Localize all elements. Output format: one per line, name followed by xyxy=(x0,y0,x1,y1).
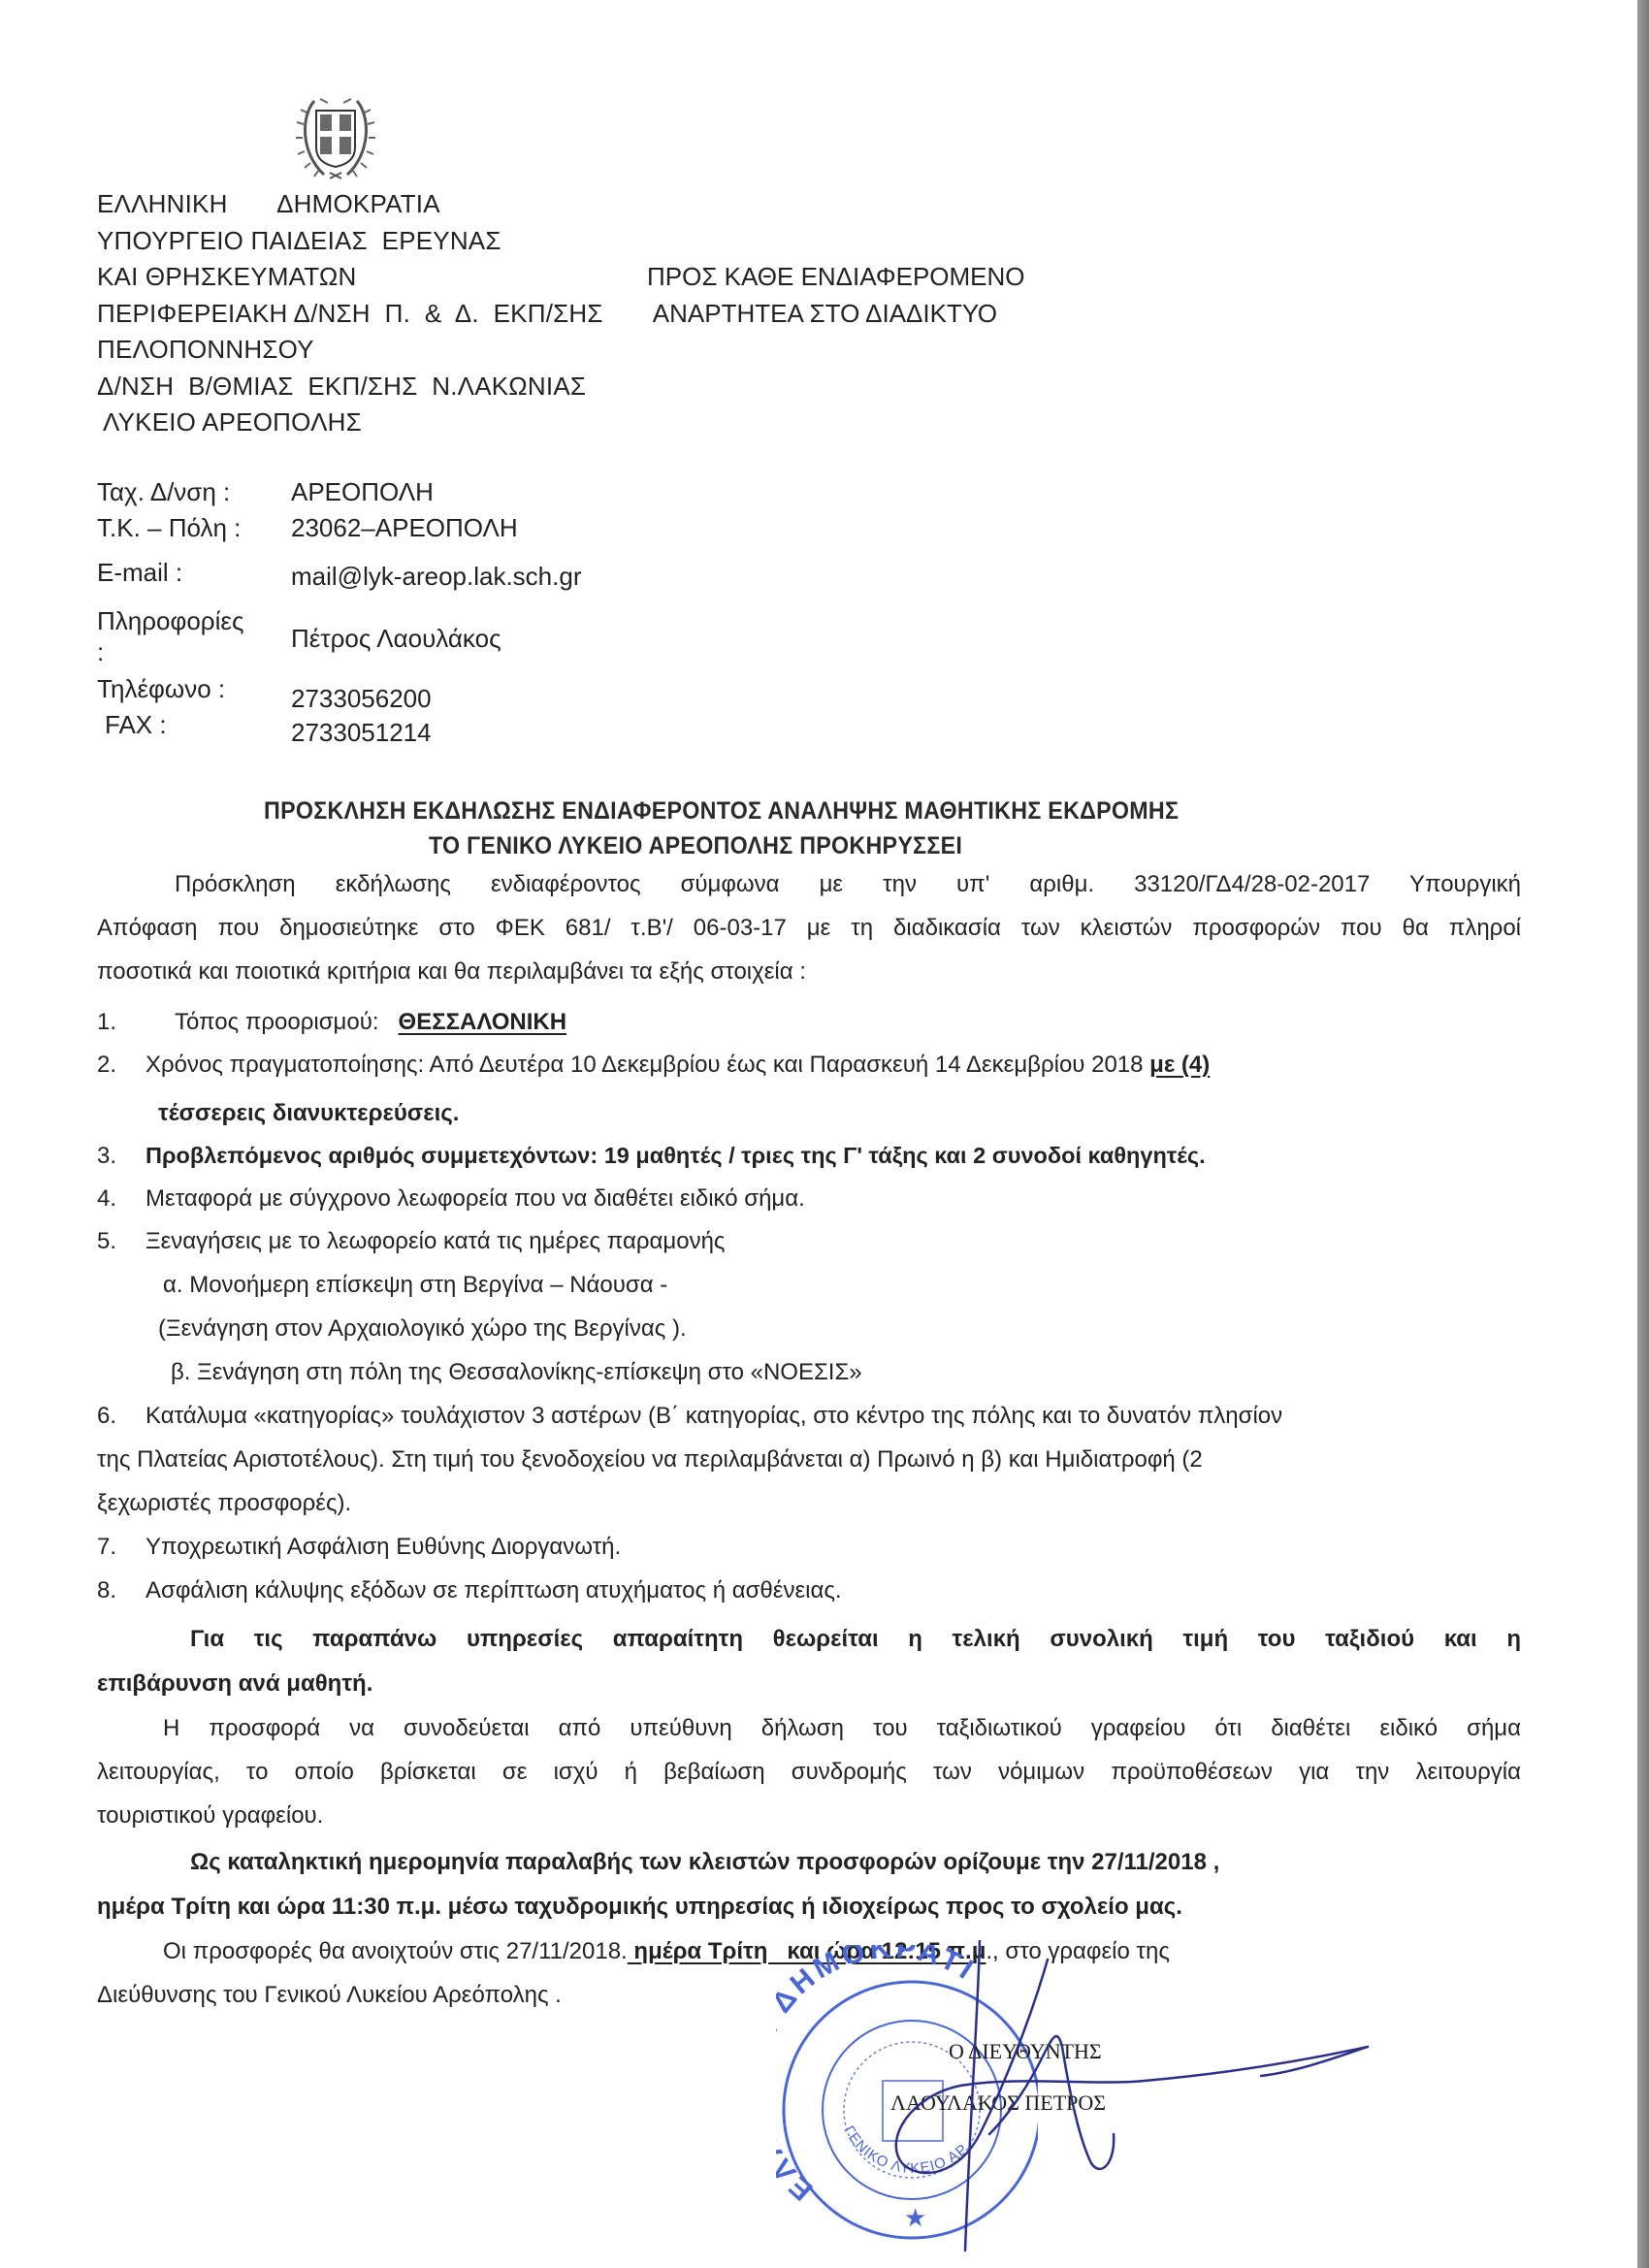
offer-paragraph-line-1: Η προσφορά να συνοδεύεται από υπεύθυνη δ… xyxy=(163,1715,1521,1742)
info-label-colon: : xyxy=(97,637,104,667)
email-label: E-mail : xyxy=(97,558,182,588)
deadline-line-2: ημέρα Τρίτη και ώρα 11:30 π.μ. μέσω ταχυ… xyxy=(97,1894,1182,1921)
item-6-line-3: ξεχωριστές προσφορές). xyxy=(97,1490,351,1517)
item-2-continuation: τέσσερεις διανυκτερεύσεις. xyxy=(158,1100,459,1127)
phone-value: 2733056200 xyxy=(291,684,432,714)
title-line-1: ΠΡΟΣΚΛΗΣΗ ΕΚΔΗΛΩΣΗΣ ΕΝΔΙΑΦΕΡΟΝΤΟΣ ΑΝΑΛΗΨ… xyxy=(264,797,1179,826)
item-6-line-1: Κατάλυμα «κατηγορίας» τουλάχιστον 3 αστέ… xyxy=(145,1403,1282,1430)
opening-text: Οι προσφορές θα ανοιχτούν στις 27/11/201… xyxy=(163,1938,628,1964)
issuer-block: ΕΛΛΗΝΙΚΗ ΔΗΜΟΚΡΑΤΙΑ ΥΠΟΥΡΓΕΙΟ ΠΑΙΔΕΙΑΣ Ε… xyxy=(97,186,603,441)
info-value: Πέτρος Λαουλάκος xyxy=(291,624,501,654)
postal-label: Τ.Κ. – Πόλη : xyxy=(97,513,241,543)
item-5a-continuation: (Ξενάγηση στον Αρχαιολογικό χώρο της Βερ… xyxy=(158,1315,687,1343)
item-2-line: Χρόνος πραγματοποίησης: Από Δευτέρα 10 Δ… xyxy=(145,1052,1210,1079)
item-8-text: Ασφάλιση κάλυψης εξόδων σε περίπτωση ατυ… xyxy=(145,1577,842,1604)
item-3-text: Προβλεπόμενος αριθμός συμμετεχόντων: 19 … xyxy=(145,1143,1206,1169)
recipient-line: ΑΝΑΡΤΗΤΕΑ ΣΤΟ ΔΙΑΔΙΚΤΥΟ xyxy=(647,296,1025,333)
address-value: ΑΡΕΟΠΟΛΗ xyxy=(291,477,434,507)
scan-edge-strip xyxy=(1637,0,1649,2268)
item-8-number: 8. xyxy=(97,1577,116,1604)
nights-count: με (4) xyxy=(1149,1052,1210,1078)
item-2-number: 2. xyxy=(97,1052,116,1079)
item-1-text: Τόπος προορισμού: xyxy=(175,1009,379,1035)
intro-line-1: Πρόσκληση εκδήλωσης ενδιαφέροντος σύμφων… xyxy=(175,871,1521,898)
address-label: Ταχ. Δ/νση : xyxy=(97,477,230,507)
destination-value: ΘΕΣΣΑΛΟΝΙΚΗ xyxy=(399,1009,567,1035)
item-4-number: 4. xyxy=(97,1185,116,1213)
issuer-line: ΥΠΟΥΡΓΕΙΟ ΠΑΙΔΕΙΑΣ ΕΡΕΥΝΑΣ xyxy=(97,223,603,260)
intro-line-2: Απόφαση που δημοσιεύτηκε στο ΦΕΚ 681/ τ.… xyxy=(97,915,1521,942)
greek-coat-of-arms-icon xyxy=(295,93,376,182)
item-7-number: 7. xyxy=(97,1534,116,1561)
issuer-line: ΛΥΚΕΙΟ ΑΡΕΟΠΟΛΗΣ xyxy=(97,405,603,441)
item-5-number: 5. xyxy=(97,1228,116,1255)
phone-label: Τηλέφωνο : xyxy=(97,674,225,704)
item-5-text: Ξεναγήσεις με το λεωφορείο κατά τις ημέρ… xyxy=(145,1228,725,1255)
price-paragraph-line-1: Για τις παραπάνω υπηρεσίες απαραίτητη θε… xyxy=(190,1626,1521,1653)
item-3-number: 3. xyxy=(97,1143,116,1170)
deadline-line-1: Ως καταληκτική ημερομηνία παραλαβής των … xyxy=(190,1849,1219,1876)
postal-value: 23062–ΑΡΕΟΠΟΛΗ xyxy=(291,513,518,543)
recipient-block: ΠΡΟΣ ΚΑΘΕ ΕΝΔΙΑΦΕΡΟΜΕΝΟ ΑΝΑΡΤΗΤΕΑ ΣΤΟ ΔΙ… xyxy=(647,259,1025,332)
issuer-line: ΕΛΛΗΝΙΚΗ ΔΗΜΟΚΡΑΤΙΑ xyxy=(97,186,603,223)
item-4-text: Μεταφορά με σύγχρονο λεωφορεία που να δι… xyxy=(145,1185,805,1213)
issuer-line: Δ/ΝΣΗ Β/ΘΜΙΑΣ ΕΚΠ/ΣΗΣ Ν.ΛΑΚΩΝΙΑΣ xyxy=(97,369,603,405)
item-1-number: 1. xyxy=(97,1009,116,1036)
handwritten-signature-icon xyxy=(854,1940,1397,2260)
item-1-label: Τόπος προορισμού: ΘΕΣΣΑΛΟΝΙΚΗ xyxy=(175,1009,566,1036)
email-link[interactable]: mail@lyk-areop.lak.sch.gr xyxy=(291,562,581,592)
item-2-text: Χρόνος πραγματοποίησης: Από Δευτέρα 10 Δ… xyxy=(145,1052,1143,1078)
item-6-line-2: της Πλατείας Αριστοτέλους). Στη τιμή του… xyxy=(97,1446,1203,1474)
issuer-line: ΠΕΡΙΦΕΡΕΙΑΚΗ Δ/ΝΣΗ Π. & Δ. ΕΚΠ/ΣΗΣ xyxy=(97,296,603,333)
offer-paragraph-line-3: τουριστικού γραφείου. xyxy=(97,1802,323,1830)
item-5a-text: α. Μονοήμερη επίσκεψη στη Βεργίνα – Νάου… xyxy=(163,1272,667,1299)
title-line-2: ΤΟ ΓΕΝΙΚΟ ΛΥΚΕΙΟ ΑΡΕΟΠΟΛΗΣ ΠΡΟΚΗΡΥΣΣΕΙ xyxy=(429,832,962,860)
intro-line-3: ποσοτικά και ποιοτικά κριτήρια και θα πε… xyxy=(97,958,806,986)
item-6-number: 6. xyxy=(97,1403,116,1430)
offer-paragraph-line-2: λειτουργίας, το οποίο βρίσκεται σε ισχύ … xyxy=(97,1759,1521,1786)
opening-line-2: Διεύθυνσης του Γενικού Λυκείου Αρεόπολης… xyxy=(97,1982,562,2009)
recipient-line: ΠΡΟΣ ΚΑΘΕ ΕΝΔΙΑΦΕΡΟΜΕΝΟ xyxy=(647,259,1025,296)
fax-label: FAX : xyxy=(105,710,167,740)
item-7-text: Υποχρεωτική Ασφάλιση Ευθύνης Διοργανωτή. xyxy=(145,1534,621,1561)
price-paragraph-line-2: επιβάρυνση ανά μαθητή. xyxy=(97,1670,372,1698)
issuer-line: ΚΑΙ ΘΡΗΣΚΕΥΜΑΤΩΝ xyxy=(97,259,603,296)
issuer-line: ΠΕΛΟΠΟΝΝΗΣΟΥ xyxy=(97,332,603,369)
fax-value: 2733051214 xyxy=(291,718,432,748)
item-5b-text: β. Ξενάγηση στη πόλη της Θεσσαλονίκης-επ… xyxy=(171,1359,862,1386)
info-label: Πληροφορίες xyxy=(97,606,244,636)
